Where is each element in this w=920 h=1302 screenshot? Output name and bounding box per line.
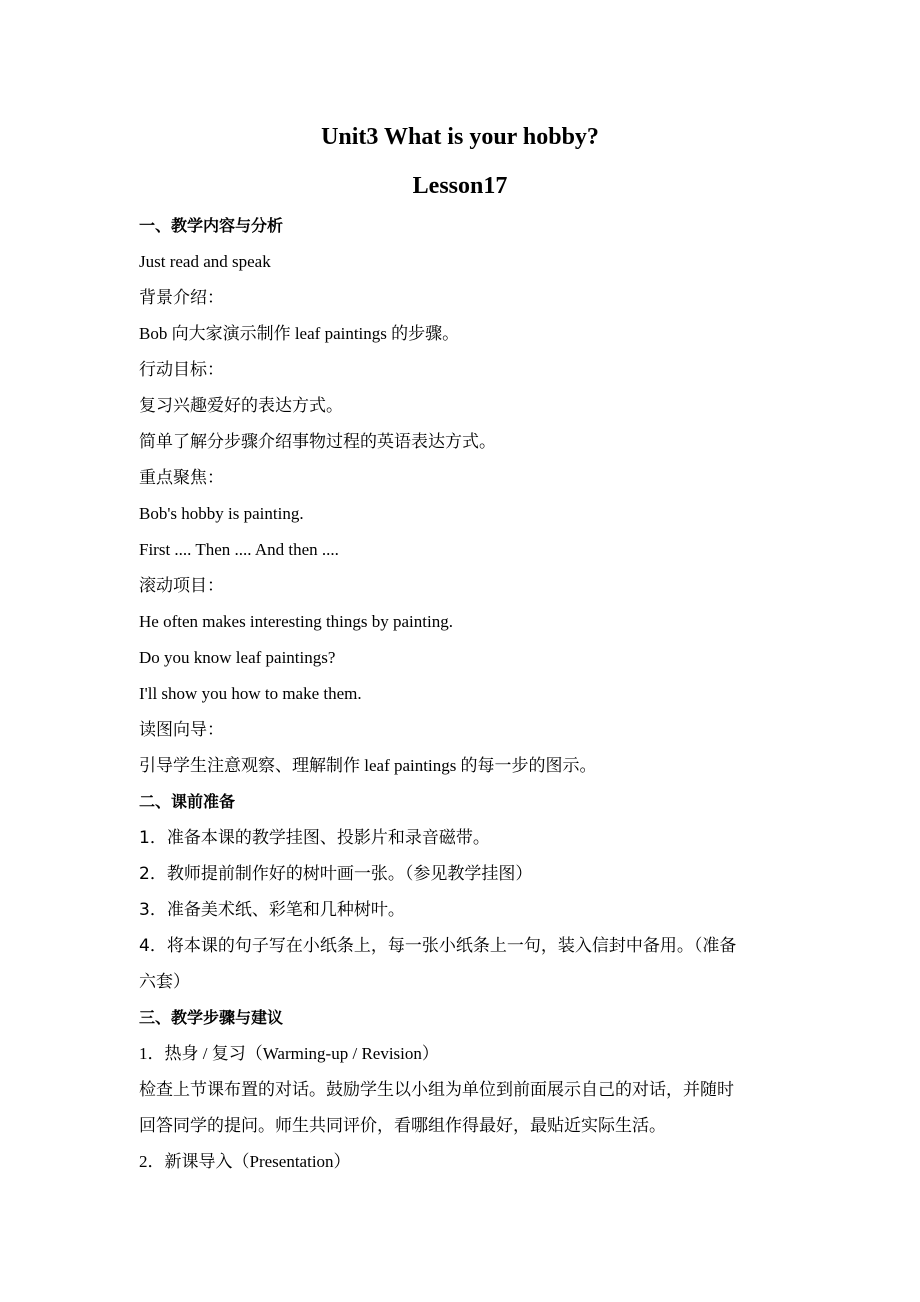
text-line: First .... Then .... And then .... bbox=[139, 538, 789, 562]
section-heading: 一、教学内容与分析 bbox=[139, 214, 789, 238]
lesson-title: Lesson17 bbox=[0, 171, 920, 201]
text-line: I'll show you how to make them. bbox=[139, 682, 789, 706]
list-item: 4．将本课的句子写在小纸条上，每一张小纸条上一句，装入信封中备用。（准备 bbox=[139, 934, 789, 958]
subheading-action-goal: 行动目标： bbox=[139, 358, 789, 382]
subheading-reading-guide: 读图向导： bbox=[139, 718, 789, 742]
subheading-background: 背景介绍： bbox=[139, 286, 789, 310]
step-heading: 1．热身 / 复习（Warming-up / Revision） bbox=[139, 1042, 789, 1066]
document-page: Unit3 What is your hobby? Lesson17 一、教学内… bbox=[0, 0, 920, 1302]
section-heading: 三、教学步骤与建议 bbox=[139, 1006, 789, 1030]
subheading-rolling-items: 滚动项目： bbox=[139, 574, 789, 598]
text-line: 复习兴趣爱好的表达方式。 bbox=[139, 394, 789, 418]
text-line: 检查上节课布置的对话。鼓励学生以小组为单位到前面展示自己的对话，并随时 bbox=[139, 1078, 789, 1102]
document-title: Unit3 What is your hobby? bbox=[0, 122, 920, 152]
section-heading: 二、课前准备 bbox=[139, 790, 789, 814]
subheading-focus: 重点聚焦： bbox=[139, 466, 789, 490]
step-heading: 2．新课导入（Presentation） bbox=[139, 1150, 789, 1174]
list-item-continued: 六套） bbox=[139, 970, 789, 994]
text-line: Bob 向大家演示制作 leaf paintings 的步骤。 bbox=[139, 322, 789, 346]
text-line: 引导学生注意观察、理解制作 leaf paintings 的每一步的图示。 bbox=[139, 754, 789, 778]
text-line: He often makes interesting things by pai… bbox=[139, 610, 789, 634]
list-item: 1．准备本课的教学挂图、投影片和录音磁带。 bbox=[139, 826, 789, 850]
list-item: 2．教师提前制作好的树叶画一张。（参见教学挂图） bbox=[139, 862, 789, 886]
text-line: Do you know leaf paintings? bbox=[139, 646, 789, 670]
text-line: Bob's hobby is painting. bbox=[139, 502, 789, 526]
list-item: 3．准备美术纸、彩笔和几种树叶。 bbox=[139, 898, 789, 922]
text-line: 简单了解分步骤介绍事物过程的英语表达方式。 bbox=[139, 430, 789, 454]
text-line: 回答同学的提问。师生共同评价，看哪组作得最好，最贴近实际生活。 bbox=[139, 1114, 789, 1138]
text-line: Just read and speak bbox=[139, 250, 789, 274]
